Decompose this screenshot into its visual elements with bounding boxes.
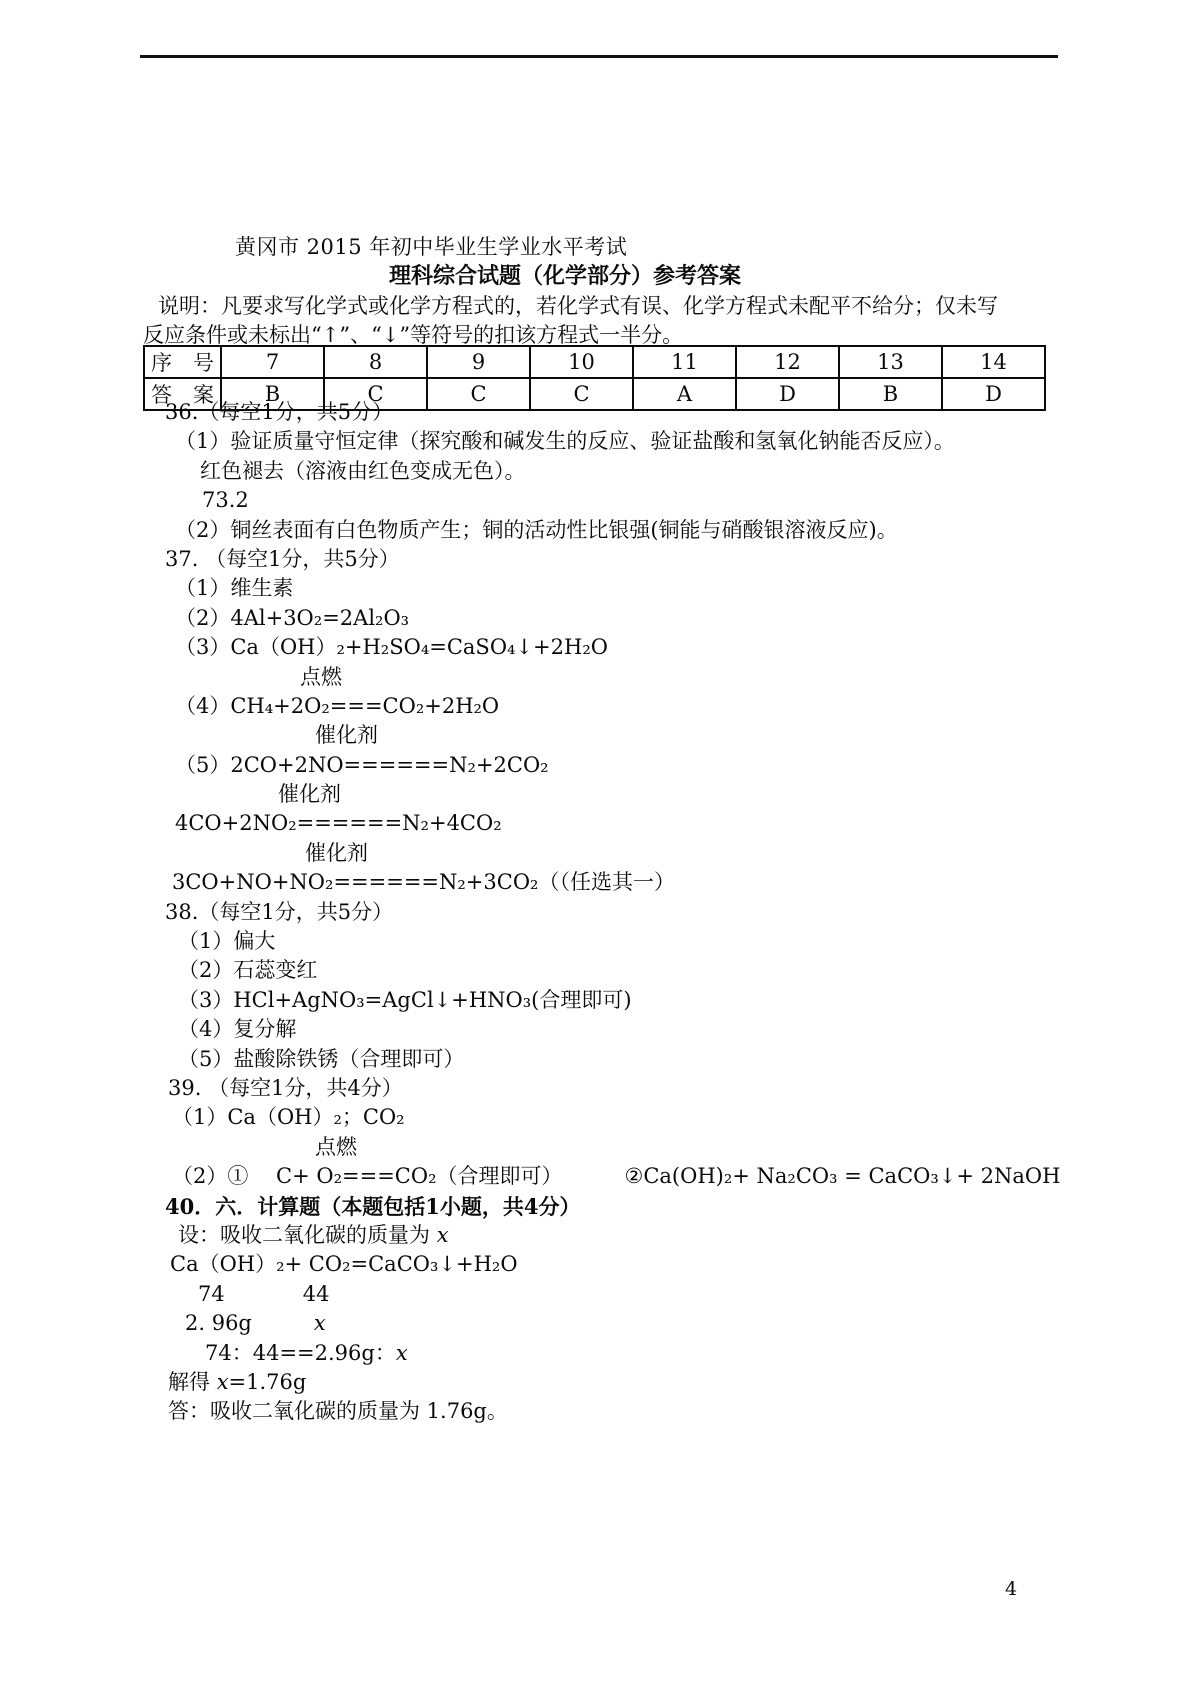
paper-subtitle: 理科综合试题（化学部分）参考答案 <box>140 259 990 290</box>
text-segment: 3CO+NO+NO₂======N₂+3CO₂（（任选其一） <box>172 870 675 894</box>
q37-answer-5: （5）2CO+2NO======N₂+2CO₂ <box>140 751 1100 780</box>
text-segment: （5）2CO+2NO======N₂+2CO₂ <box>175 753 549 777</box>
text-segment: x <box>396 1341 408 1365</box>
text-segment: 催化剂 <box>315 723 378 747</box>
text-segment: 红色褪去（溶液由红色变成无色）。 <box>200 459 526 483</box>
q40-equation: Ca（OH）₂+ CO₂=CaCO₃↓+H₂O <box>140 1250 1100 1279</box>
text-segment: （1）偏大 <box>178 929 275 953</box>
text-segment: （2）① C+ O₂===CO₂（合理即可） <box>172 1164 563 1188</box>
text-segment: x <box>314 1311 326 1335</box>
text-segment: （1）验证质量守恒定律（探究酸和碱发生的反应、验证盐酸和氢氧化钠能否反应）。 <box>175 429 955 453</box>
q38-answer-1: （1）偏大 <box>140 927 1100 956</box>
q40-given-values: 2. 96gx <box>140 1309 1100 1338</box>
q37-answer-3: （3）Ca（OH）₂+H₂SO₄=CaSO₄↓+2H₂O <box>140 633 1100 662</box>
q37-condition-cuihuaji-1: 催化剂 <box>140 721 1100 750</box>
q37-answer-4: （4）CH₄+2O₂===CO₂+2H₂O <box>140 692 1100 721</box>
q40-proportion: 74：44==2.96g：x <box>140 1339 1100 1368</box>
text-segment: （4）CH₄+2O₂===CO₂+2H₂O <box>175 694 499 718</box>
text-segment: 73.2 <box>202 488 249 512</box>
text-segment: 37. （每空1分，共5分） <box>165 547 400 571</box>
q39-answer-1: （1）Ca（OH）₂；CO₂ <box>140 1103 1100 1132</box>
q36-answer-1b: 红色褪去（溶液由红色变成无色）。 <box>140 457 1100 486</box>
q37-heading: 37. （每空1分，共5分） <box>140 545 1100 574</box>
text-segment: （5）盐酸除铁锈（合理即可） <box>178 1047 464 1071</box>
q40-molar-masses: 7444 <box>140 1280 1100 1309</box>
header-rule <box>140 55 1058 58</box>
grading-note-line-1: 说明：凡要求写化学式或化学方程式的，若化学式有误、化学方程式未配平不给分；仅未写 <box>158 290 998 320</box>
text-segment: 点燃 <box>315 1135 357 1159</box>
q37-answer-1: （1）维生素 <box>140 574 1100 603</box>
q38-answer-3: （3）HCl+AgNO₃=AgCl↓+HNO₃(合理即可) <box>140 986 1100 1015</box>
q37-answer-2: （2）4Al+3O₂=2Al₂O₃ <box>140 604 1100 633</box>
answer-cell: 8 <box>324 346 427 378</box>
page-number: 4 <box>1005 1578 1017 1600</box>
q37-answer-5-alt1: 4CO+2NO₂======N₂+4CO₂ <box>140 809 1100 838</box>
text-segment: ②Ca(OH)₂+ Na₂CO₃ = CaCO₃↓+ 2NaOH <box>625 1164 1061 1188</box>
text-segment: 催化剂 <box>305 841 368 865</box>
text-segment: 36.（每空1分，共5分） <box>165 400 393 424</box>
text-segment: 4CO+2NO₂======N₂+4CO₂ <box>175 811 502 835</box>
text-segment: 2. 96g <box>185 1311 252 1335</box>
answer-cell: 10 <box>530 346 633 378</box>
table-row: 序 号7891011121314 <box>144 346 1045 378</box>
q36-heading: 36.（每空1分，共5分） <box>140 398 1100 427</box>
q37-condition-cuihuaji-3: 催化剂 <box>140 839 1100 868</box>
q40-final-answer: 答：吸收二氧化碳的质量为 1.76g。 <box>140 1397 1100 1426</box>
q36-answer-2: （2）铜丝表面有白色物质产生；铜的活动性比银强(铜能与硝酸银溶液反应)。 <box>140 516 1100 545</box>
text-segment: 解得 <box>168 1370 217 1394</box>
q39-condition-dianran: 点燃 <box>140 1133 1100 1162</box>
answer-cell: 7 <box>221 346 324 378</box>
answer-cell: 9 <box>427 346 530 378</box>
text-segment: （2）石蕊变红 <box>178 958 317 982</box>
text-segment: 点燃 <box>300 665 342 689</box>
q38-answer-5: （5）盐酸除铁锈（合理即可） <box>140 1045 1100 1074</box>
q37-condition-dianran: 点燃 <box>140 663 1100 692</box>
q37-answer-5-alt2: 3CO+NO+NO₂======N₂+3CO₂（（任选其一） <box>140 868 1100 897</box>
q38-answer-4: （4）复分解 <box>140 1015 1100 1044</box>
answer-cell: 11 <box>633 346 736 378</box>
answer-cell: 13 <box>839 346 942 378</box>
q37-condition-cuihuaji-2: 催化剂 <box>140 780 1100 809</box>
q36-answer-1: （1）验证质量守恒定律（探究酸和碱发生的反应、验证盐酸和氢氧化钠能否反应）。 <box>140 427 1100 456</box>
text-segment: 答：吸收二氧化碳的质量为 1.76g。 <box>168 1399 508 1423</box>
text-segment: x <box>217 1370 229 1394</box>
q39-answer-2: （2）① C+ O₂===CO₂（合理即可）②Ca(OH)₂+ Na₂CO₃ =… <box>140 1162 1100 1191</box>
text-segment: （4）复分解 <box>178 1017 296 1041</box>
q40-heading: 40．六．计算题（本题包括1小题，共4分） <box>140 1192 1100 1221</box>
text-segment: （3）Ca（OH）₂+H₂SO₄=CaSO₄↓+2H₂O <box>175 635 608 659</box>
text-segment: x <box>437 1223 449 1247</box>
q38-heading: 38.（每空1分，共5分） <box>140 898 1100 927</box>
q36-answer-1c: 73.2 <box>140 486 1100 515</box>
answer-cell: 12 <box>736 346 839 378</box>
text-segment: （1）维生素 <box>175 576 293 600</box>
q40-solve: 解得 x=1.76g <box>140 1368 1100 1397</box>
text-segment: 44 <box>303 1282 330 1306</box>
q40-setup: 设：吸收二氧化碳的质量为 x <box>140 1221 1100 1250</box>
exam-title: 黄冈市 2015 年初中毕业生学业水平考试 <box>235 231 627 261</box>
text-segment: =1.76g <box>229 1370 307 1394</box>
text-segment: 催化剂 <box>278 782 341 806</box>
text-segment: 40．六．计算题（本题包括1小题，共4分） <box>165 1194 580 1219</box>
text-segment: （3）HCl+AgNO₃=AgCl↓+HNO₃(合理即可) <box>178 988 632 1012</box>
q38-answer-2: （2）石蕊变红 <box>140 956 1100 985</box>
text-segment: 74 <box>198 1282 225 1306</box>
answer-body: 36.（每空1分，共5分）（1）验证质量守恒定律（探究酸和碱发生的反应、验证盐酸… <box>140 398 1100 1427</box>
text-segment: 设：吸收二氧化碳的质量为 <box>178 1223 437 1247</box>
q39-heading: 39. （每空1分，共4分） <box>140 1074 1100 1103</box>
answer-cell: 14 <box>942 346 1045 378</box>
text-segment: 38.（每空1分，共5分） <box>165 900 393 924</box>
text-segment: （2）铜丝表面有白色物质产生；铜的活动性比银强(铜能与硝酸银溶液反应)。 <box>175 518 898 542</box>
text-segment: 74：44==2.96g： <box>205 1341 396 1365</box>
text-segment: （2）4Al+3O₂=2Al₂O₃ <box>175 606 409 630</box>
text-segment: 39. （每空1分，共4分） <box>168 1076 403 1100</box>
text-segment: Ca（OH）₂+ CO₂=CaCO₃↓+H₂O <box>170 1252 518 1276</box>
text-segment: （1）Ca（OH）₂；CO₂ <box>172 1105 405 1129</box>
document-page: 黄冈市 2015 年初中毕业生学业水平考试 理科综合试题（化学部分）参考答案 说… <box>0 0 1200 1698</box>
row-label-cell: 序 号 <box>144 346 221 378</box>
